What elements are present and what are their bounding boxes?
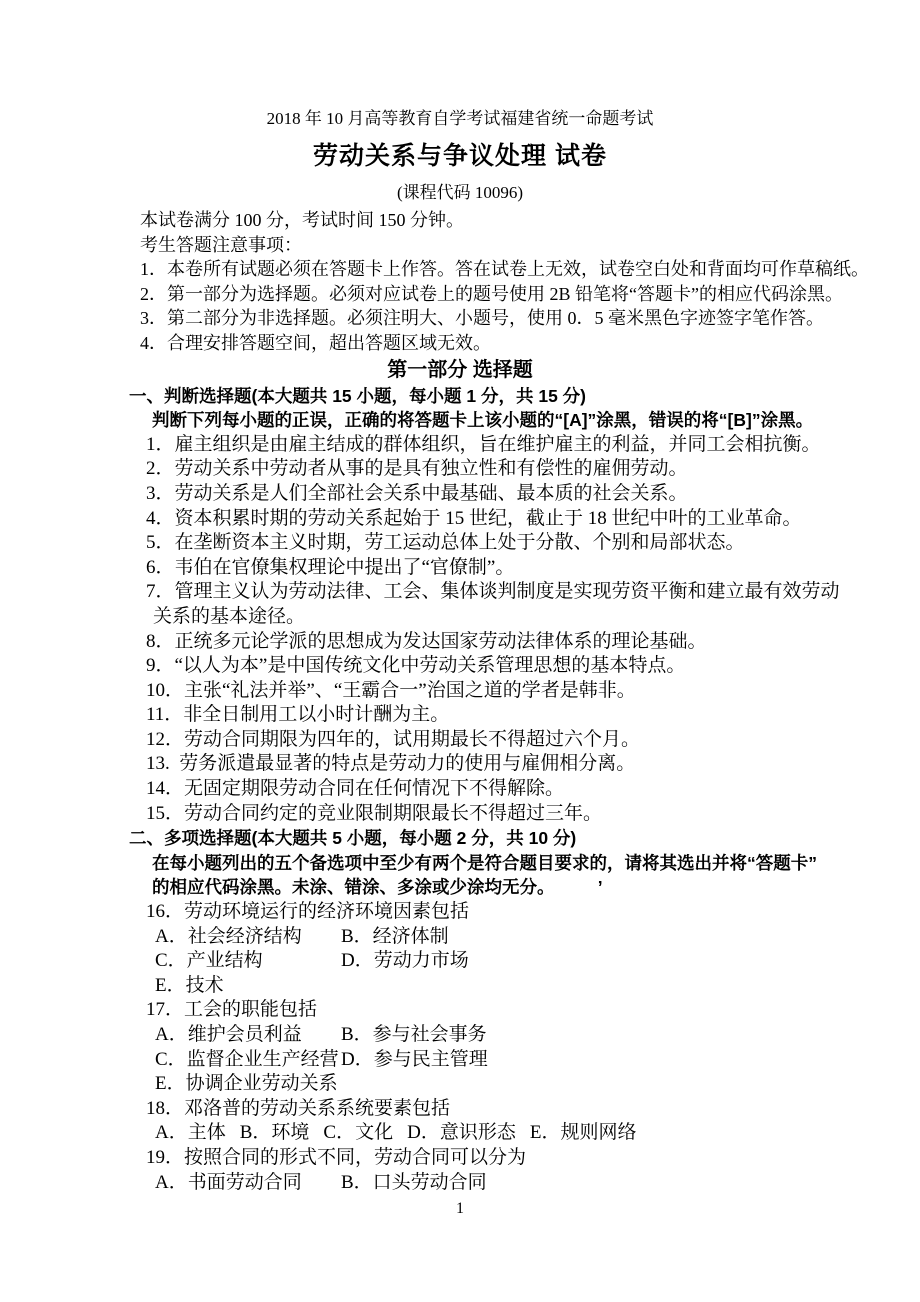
section2-instruction-line: 的相应代码涂黑。未涂、错涂、多涂或少涂均无分。’ xyxy=(152,875,920,900)
exam-info: 本试卷满分 100 分，考试时间 150 分钟。 xyxy=(140,208,920,233)
judgment-question: 1．雇主组织是由雇主结成的群体组织，旨在维护雇主的利益，并同工会相抗衡。 xyxy=(146,433,920,458)
page-number: 1 xyxy=(0,1198,920,1220)
option-cell: A．维护会员利益 xyxy=(155,1023,341,1048)
option-cell: E．技术 xyxy=(155,974,341,999)
option-row: C．产业结构D．劳动力市场 xyxy=(155,949,920,974)
section2-instruction: 在每小题列出的五个备选项中至少有两个是符合题目要求的，请将其选出并将“答题卡”的… xyxy=(0,851,920,900)
option-cell: C．文化 xyxy=(323,1121,393,1146)
exam-session-line: 2018 年 10 月高等教育自学考试福建省统一命题考试 xyxy=(0,0,920,131)
section2-instruction-line: 在每小题列出的五个备选项中至少有两个是符合题目要求的，请将其选出并将“答题卡” xyxy=(152,851,920,876)
judgment-question: 12．劳动合同期限为四年的，试用期最长不得超过六个月。 xyxy=(146,728,920,753)
note-line: 2．第一部分为选择题。必须对应试卷上的题号使用 2B 铅笔将“答题卡”的相应代码… xyxy=(140,282,920,307)
option-row: A．社会经济结构B．经济体制 xyxy=(155,925,920,950)
question-continuation: 关系的基本途径。 xyxy=(153,605,920,630)
option-cell: E．协调企业劳动关系 xyxy=(155,1072,341,1097)
option-cell: B．口头劳动合同 xyxy=(341,1171,527,1196)
notes-list: 1．本卷所有试题必须在答题卡上作答。答在试卷上无效，试卷空白处和背面均可作草稿纸… xyxy=(0,257,920,355)
option-cell: D．参与民主管理 xyxy=(341,1048,527,1073)
judgment-question: 6．韦伯在官僚集权理论中提出了“官僚制”。 xyxy=(146,556,920,581)
judgment-question: 13. 劳务派遣最显著的特点是劳动力的使用与雇佣相分离。 xyxy=(146,752,920,777)
question-stem: 19．按照合同的形式不同，劳动合同可以分为 xyxy=(146,1146,920,1171)
option-cell: E．规则网络 xyxy=(530,1121,637,1146)
note-line: 1．本卷所有试题必须在答题卡上作答。答在试卷上无效，试卷空白处和背面均可作草稿纸… xyxy=(140,257,920,282)
multi-choice-question-list: 16．劳动环境运行的经济环境因素包括A．社会经济结构B．经济体制C．产业结构D．… xyxy=(0,900,920,1195)
judgment-question: 4．资本积累时期的劳动关系起始于 15 世纪，截止于 18 世纪中叶的工业革命。 xyxy=(146,507,920,532)
stray-apostrophe-mark: ’ xyxy=(598,877,603,897)
option-row: A．维护会员利益B．参与社会事务 xyxy=(155,1023,920,1048)
judgment-question: 5．在垄断资本主义时期，劳工运动总体上处于分散、个别和局部状态。 xyxy=(146,531,920,556)
question-stem: 18．邓洛普的劳动关系系统要素包括 xyxy=(146,1097,920,1122)
question-stem: 17．工会的职能包括 xyxy=(146,998,920,1023)
option-row: A．书面劳动合同B．口头劳动合同 xyxy=(155,1171,920,1196)
judgment-question: 10．主张“礼法并举”、“王霸合一”治国之道的学者是韩非。 xyxy=(146,679,920,704)
option-cell: D．劳动力市场 xyxy=(341,949,527,974)
judgment-question: 7．管理主义认为劳动法律、工会、集体谈判制度是实现劳资平衡和建立最有效劳动 xyxy=(146,580,920,605)
judgment-question-list: 1．雇主组织是由雇主结成的群体组织，旨在维护雇主的利益，并同工会相抗衡。2．劳动… xyxy=(0,433,920,827)
question-stem: 16．劳动环境运行的经济环境因素包括 xyxy=(146,900,920,925)
judgment-question: 3．劳动关系是人们全部社会关系中最基础、最本质的社会关系。 xyxy=(146,482,920,507)
judgment-question: 8．正统多元论学派的思想成为发达国家劳动法律体系的理论基础。 xyxy=(146,630,920,655)
note-line: 3．第二部分为非选择题。必须注明大、小题号，使用 0．5 毫米黑色字迹签字笔作答… xyxy=(140,306,920,331)
judgment-question: 15．劳动合同约定的竞业限制期限最长不得超过三年。 xyxy=(146,802,920,827)
judgment-question: 9．“以人为本”是中国传统文化中劳动关系管理思想的基本特点。 xyxy=(146,654,920,679)
option-cell: C．产业结构 xyxy=(155,949,341,974)
section2-heading: 二、多项选择题(本大题共 5 小题，每小题 2 分，共 10 分) xyxy=(129,826,920,851)
option-row: E．技术 xyxy=(155,974,920,999)
option-cell: B．经济体制 xyxy=(341,925,527,950)
judgment-question: 2．劳动关系中劳动者从事的是具有独立性和有偿性的雇佣劳动。 xyxy=(146,457,920,482)
section1-instruction: 判断下列每小题的正误，正确的将答题卡上该小题的“[A]”涂黑，错误的将“[B]”… xyxy=(152,408,920,433)
option-row: E．协调企业劳动关系 xyxy=(155,1072,920,1097)
notes-title: 考生答题注意事项： xyxy=(140,233,920,258)
option-row: A．主体B．环境C．文化D．意识形态E．规则网络 xyxy=(155,1121,920,1146)
option-cell: B．环境 xyxy=(240,1121,310,1146)
option-cell: C．监督企业生产经营 xyxy=(155,1048,341,1073)
note-line: 4．合理安排答题空间，超出答题区域无效。 xyxy=(140,331,920,356)
judgment-question: 11．非全日制用工以小时计酬为主。 xyxy=(146,703,920,728)
section1-heading: 一、判断选择题(本大题共 15 小题，每小题 1 分，共 15 分) xyxy=(129,384,920,409)
option-cell: A．书面劳动合同 xyxy=(155,1171,341,1196)
option-cell: D．意识形态 xyxy=(407,1121,516,1146)
option-row: C．监督企业生产经营D．参与民主管理 xyxy=(155,1048,920,1073)
page-title: 劳动关系与争议处理 试卷 xyxy=(0,139,920,173)
exam-paper-page: 2018 年 10 月高等教育自学考试福建省统一命题考试 劳动关系与争议处理 试… xyxy=(0,0,920,1302)
option-cell: A．主体 xyxy=(155,1121,226,1146)
option-cell: A．社会经济结构 xyxy=(155,925,341,950)
course-code: (课程代码 10096) xyxy=(0,181,920,205)
option-cell: B．参与社会事务 xyxy=(341,1023,527,1048)
part1-heading: 第一部分 选择题 xyxy=(0,357,920,384)
judgment-question: 14．无固定期限劳动合同在任何情况下不得解除。 xyxy=(146,777,920,802)
